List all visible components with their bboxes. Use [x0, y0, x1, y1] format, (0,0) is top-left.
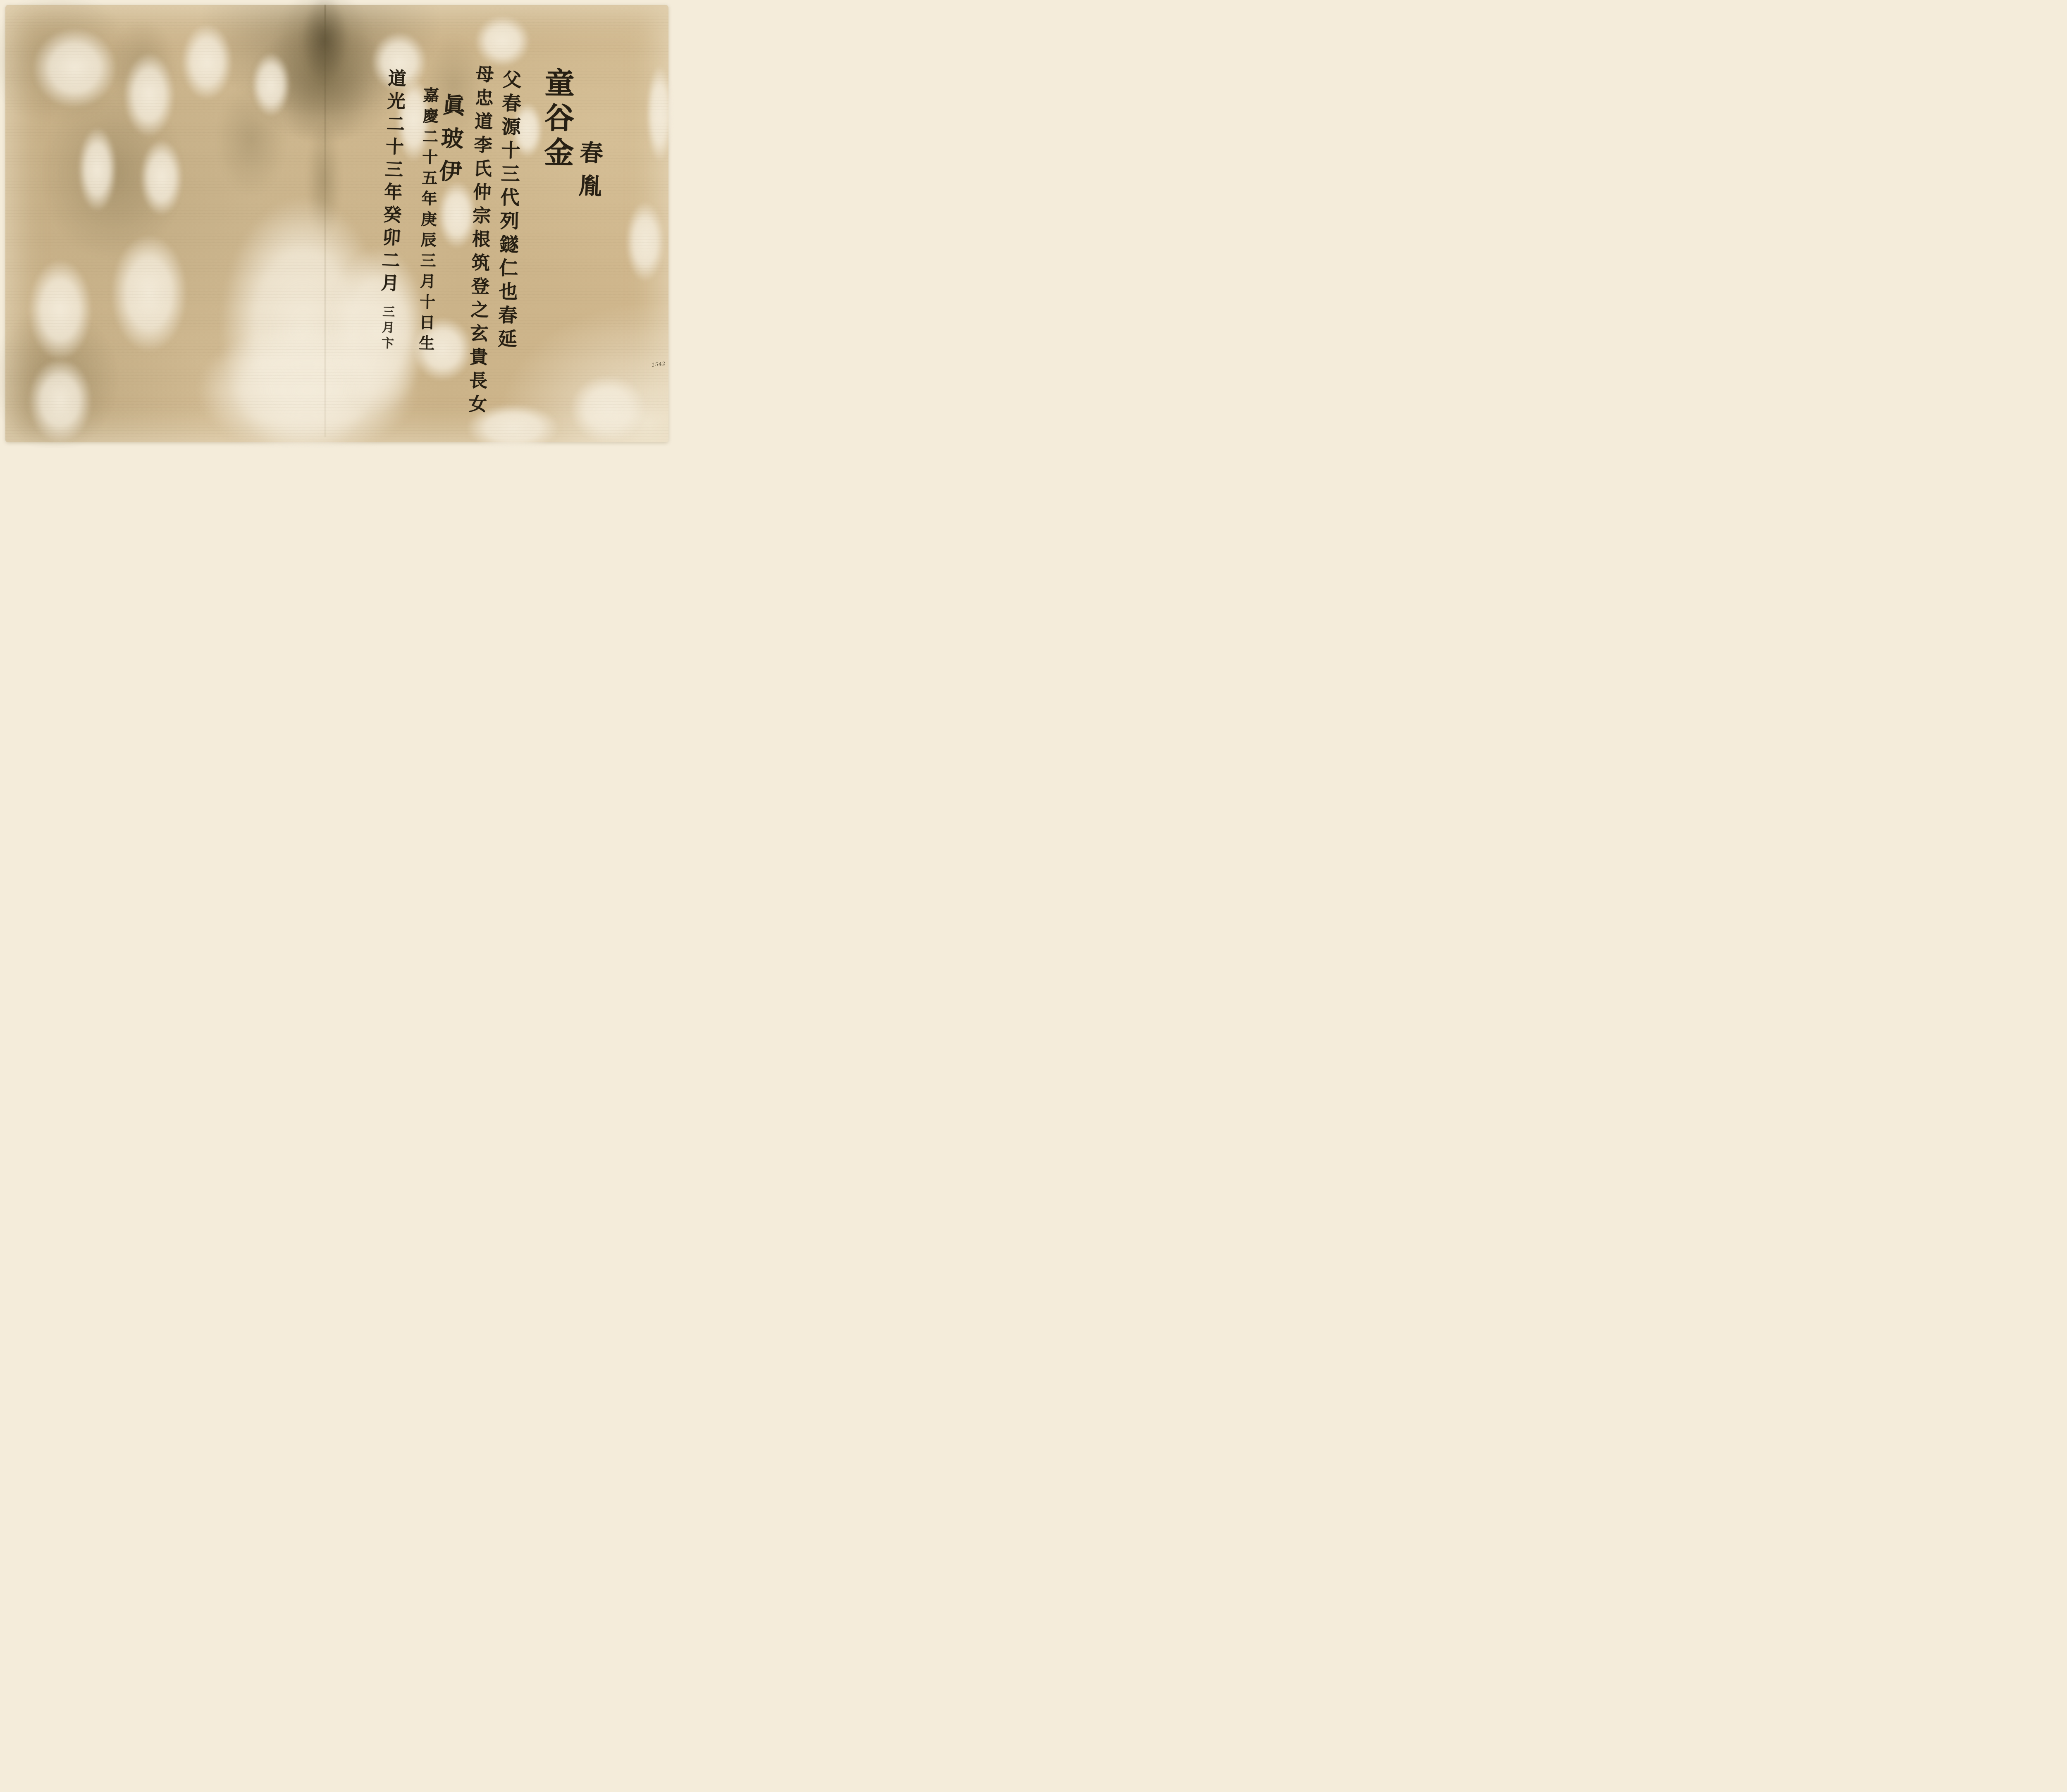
worn-patch — [111, 234, 187, 352]
father-column: 父春源十三代列鐩仁也春延 — [492, 69, 525, 352]
worn-patch — [646, 65, 673, 162]
worn-patch — [181, 24, 233, 100]
manuscript-scan: 童谷金 春胤 父春源十三代列鐩仁也春延 母忠道李氏仲宗根筑登之玄貴長女 眞玻伊 … — [0, 0, 674, 448]
date-note-column: 三月卞 — [377, 305, 396, 352]
title-column: 童谷金 — [535, 67, 579, 172]
worn-patch — [475, 15, 530, 67]
worn-patch — [570, 375, 646, 443]
worn-patch — [625, 201, 665, 282]
center-fold — [325, 5, 326, 437]
birth-date-column: 嘉慶二十五年庚辰三月十日生 — [414, 87, 441, 356]
given-name-column: 春胤 — [571, 140, 607, 208]
